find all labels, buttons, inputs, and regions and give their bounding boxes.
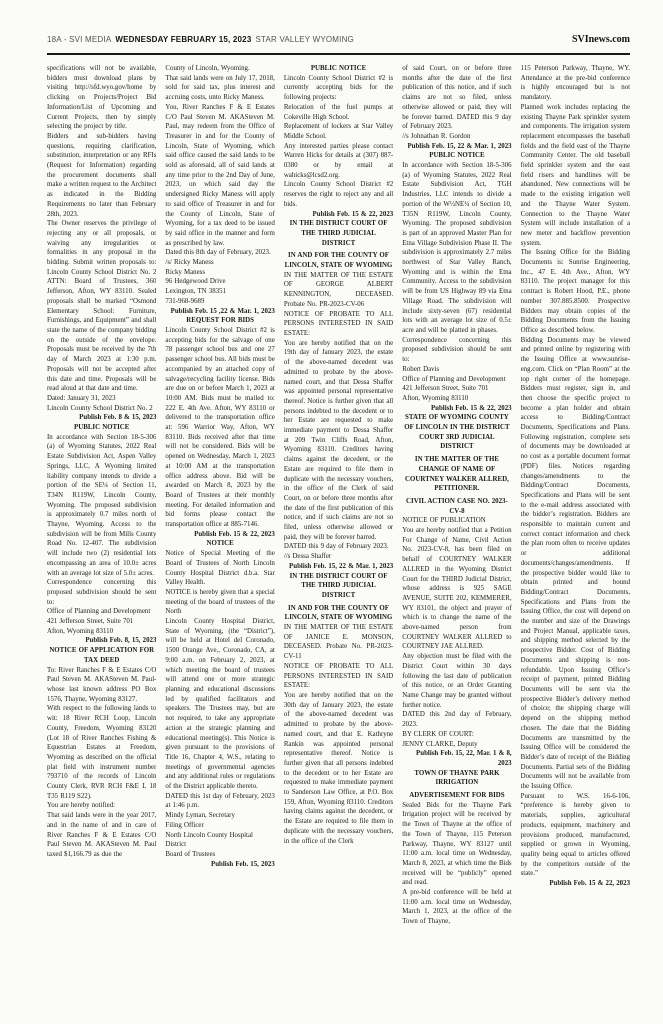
- notice-paragraph: Correspondence concerning this proposed …: [402, 336, 511, 365]
- issue-date-label: WEDNESDAY FEBRUARY 15, 2023: [115, 35, 251, 45]
- notice-paragraph: DATED this 1st day of February, 2023 at …: [165, 792, 274, 811]
- publish-line: Publish Feb. 15 ,22 & Mar. 1, 2023: [165, 307, 274, 317]
- notice-heading: STATE OF WYOMING COUNTY OF LINCOLN IN TH…: [402, 413, 511, 452]
- notice-paragraph: NOTICE is hereby given that a special me…: [165, 588, 274, 617]
- notice-heading: PUBLIC NOTICE: [402, 151, 511, 161]
- notice-paragraph: Planned work includes replacing the exis…: [521, 103, 630, 249]
- notice-text-line: //s Dessa Shaffer: [284, 552, 393, 562]
- notice-paragraph: Sealed Bids for the Thayne Park Irrigati…: [402, 801, 511, 888]
- page-number-label: 18A - SVI MEDIA: [47, 35, 111, 45]
- notice-text-line: Dated: January 31, 2023: [47, 394, 156, 404]
- page-header: 18A - SVI MEDIA WEDNESDAY FEBRUARY 15, 2…: [47, 35, 630, 45]
- notice-paragraph: In accordance with Section 18-5-306 (a) …: [402, 161, 511, 336]
- notice-paragraph: You are hereby notified that a Petition …: [402, 526, 511, 652]
- notice-paragraph: The Issuing Office for the Bidding Docum…: [521, 248, 630, 335]
- notice-text-line: Board of Trustees: [165, 850, 274, 860]
- notice-text-line: County of Lincoln, Wyoming.: [165, 64, 274, 74]
- publish-line: Publish Feb. 15 & 22, 2023: [402, 404, 511, 414]
- notice-paragraph: Lincoln County School District #2 reserv…: [284, 180, 393, 209]
- notice-text-line: Ricky Maness: [165, 268, 274, 278]
- notice-heading: IN AND FOR THE COUNTY OF LINCOLN, STATE …: [284, 604, 393, 623]
- notice-paragraph: Lincoln County Hospital District, State …: [165, 617, 274, 792]
- notice-paragraph: A pre-bid conference will be held at 11:…: [402, 888, 511, 927]
- notice-paragraph: Lincoln County School District #2 is acc…: [165, 326, 274, 530]
- notice-paragraph: With respect to the following lands to w…: [47, 704, 156, 801]
- notice-text-line: JENNY CLARKE, Deputy: [402, 740, 511, 750]
- notice-paragraph: Any objection must be filed with the Dis…: [402, 652, 511, 710]
- notice-text-line: BY CLERK OF COURT:: [402, 730, 511, 740]
- notice-paragraph: You are hereby notified that on the 19th…: [284, 339, 393, 543]
- notice-heading: IN THE MATTER OF THE CHANGE OF NAME OF C…: [402, 455, 511, 494]
- notice-paragraph: IN THE MATTER OF THE ESTATE OF JANICE E.…: [284, 623, 393, 662]
- publish-line: Publish Feb. 15 & 22, 2023: [284, 210, 393, 220]
- notice-paragraph: Notice of Special Meeting of the Board o…: [165, 549, 274, 588]
- notice-text-line: Mindy Lyman, Secretary: [165, 811, 274, 821]
- notices-column-4: of said Court, on or before three months…: [402, 64, 511, 1016]
- notice-text-line: 421 Jefferson Street, Suite 701: [402, 384, 511, 394]
- header-rule: [47, 53, 630, 55]
- public-notices-columns: specifications will not be available, bi…: [47, 64, 630, 1016]
- notices-column-3: PUBLIC NOTICELincoln County School Distr…: [284, 64, 393, 1016]
- notice-heading: NOTICE: [165, 539, 274, 549]
- notice-paragraph: To: River Ranches F & E Estates C/O Paul…: [47, 666, 156, 705]
- publish-line: Publish Feb. 15, 22 & Mar. 1, 2023: [284, 562, 393, 572]
- notice-paragraph: You are hereby notified that on the 30th…: [284, 691, 393, 846]
- notices-column-5: 115 Peterson Parkway, Thayne, WY. Attend…: [521, 64, 630, 1016]
- notice-text-line: 421 Jefferson Street, Suite 701: [47, 617, 156, 627]
- notice-text-line: Afton, Wyoming 83110: [402, 394, 511, 404]
- notice-paragraph: 115 Peterson Parkway, Thayne, WY. Attend…: [521, 64, 630, 103]
- notice-text-line: Filing Officer: [165, 821, 274, 831]
- notice-paragraph: Bidders and sub-bidders having questions…: [47, 132, 156, 219]
- notice-paragraph: NOTICE OF PROBATE TO ALL PERSONS INTERES…: [284, 310, 393, 339]
- notice-paragraph: In accordance with Section 18-5-306 (a) …: [47, 433, 156, 579]
- notice-text-line: You are hereby notified:: [47, 801, 156, 811]
- notice-heading: PUBLIC NOTICE: [47, 423, 156, 433]
- notice-text-line: 96 Hedgewood Drive: [165, 277, 274, 287]
- notice-text-line: Lincoln County School District No. 2: [47, 404, 156, 414]
- notice-heading: CIVIL ACTION CASE NO. 2023-CV-8: [402, 497, 511, 516]
- notice-paragraph: DATED this 9 day of February 2023.: [284, 542, 393, 552]
- publish-line: Publish Feb. 15 & 22, 2023: [165, 530, 274, 540]
- publish-line: Publish Feb. 15, 2023: [165, 860, 274, 870]
- notice-paragraph: The Owner reserves the privilege of reje…: [47, 219, 156, 394]
- notice-text-line: //s Johnathan R. Gordon: [402, 132, 511, 142]
- notice-text-line: Robert Davis: [402, 365, 511, 375]
- page-edition-info: 18A - SVI MEDIA WEDNESDAY FEBRUARY 15, 2…: [47, 35, 354, 45]
- notice-paragraph: NOTICE OF PUBLICATION: [402, 516, 511, 526]
- website-label: SVInews.com: [572, 35, 630, 45]
- region-label: STAR VALLEY WYOMING: [255, 35, 354, 45]
- newspaper-page: 18A - SVI MEDIA WEDNESDAY FEBRUARY 15, 2…: [0, 0, 663, 1024]
- publish-line: Publish Feb. 15, 22, Mar. 1 & 8, 2023: [402, 749, 511, 768]
- publish-line: Publish Feb. 8, 15, 2023: [47, 636, 156, 646]
- notice-paragraph: Pursuant to W.S. 16-6-106, “preference i…: [521, 792, 630, 879]
- notice-paragraph: You, River Ranches F & E Estates C/O Pau…: [165, 103, 274, 249]
- notice-text-line: Afton, Wyoming 83110: [47, 627, 156, 637]
- notice-paragraph: That said lands were in the year 2017, a…: [47, 811, 156, 860]
- notice-paragraph: of said Court, on or before three months…: [402, 64, 511, 132]
- notice-paragraph: Any interested parties please contact Wa…: [284, 142, 393, 181]
- notice-paragraph: Office of Planning and Development: [47, 607, 156, 617]
- notice-paragraph: Bidding Documents may be viewed and prin…: [521, 336, 630, 792]
- notice-paragraph: NOTICE OF PROBATE TO ALL PERSONS INTERES…: [284, 662, 393, 691]
- publish-line: Publish Feb. 15 & 22, 2023: [521, 879, 630, 889]
- notices-column-1: specifications will not be available, bi…: [47, 64, 156, 1016]
- notice-paragraph: That said lands were on July 17, 2018, s…: [165, 74, 274, 103]
- notice-paragraph: IN THE MATTER OF THE ESTATE OF GEORGE AL…: [284, 271, 393, 310]
- notice-paragraph: Office of Planning and Development: [402, 375, 511, 385]
- notice-paragraph: Lincoln County School District #2 is cur…: [284, 74, 393, 103]
- notice-paragraph: DATED this 2nd day of February, 2023.: [402, 710, 511, 729]
- notice-paragraph: Relocation of the fuel pumps at Cokevill…: [284, 103, 393, 122]
- notice-heading: TOWN OF THAYNE PARK IRRIGATION: [402, 769, 511, 788]
- notice-paragraph: Dated this 8th day of February, 2023.: [165, 248, 274, 258]
- notice-paragraph: specifications will not be available, bi…: [47, 64, 156, 132]
- notice-text-line: /s/ Ricky Maness: [165, 258, 274, 268]
- notice-heading: IN THE DISTRICT COURT OF THE THIRD JUDIC…: [284, 219, 393, 248]
- notice-heading: IN AND FOR THE COUNTY OF LINCOLN, STATE …: [284, 251, 393, 270]
- publish-line: Publish Feb. 8 & 15, 2023: [47, 413, 156, 423]
- notice-text-line: 731-968-9689: [165, 297, 274, 307]
- notice-heading: ADVERTISEMENT FOR BIDS: [402, 791, 511, 801]
- notice-text-line: North Lincoln County Hospital District: [165, 831, 274, 850]
- notice-heading: NOTICE OF APPLICATION FOR TAX DEED: [47, 646, 156, 665]
- publish-line: Publish Feb. 15, 22 & Mar. 1, 2023: [402, 142, 511, 152]
- notice-heading: REQUEST FOR BIDS: [165, 316, 274, 326]
- notice-paragraph: Correspondence concerning this proposed …: [47, 578, 156, 607]
- notice-heading: IN THE DISTRICT COURT OF THE THIRD JUDIC…: [284, 572, 393, 601]
- notice-heading: PUBLIC NOTICE: [284, 64, 393, 74]
- notice-paragraph: Replacement of lockers at Star Valley Mi…: [284, 122, 393, 141]
- notices-column-2: County of Lincoln, Wyoming.That said lan…: [165, 64, 274, 1016]
- notice-text-line: Lexington, TN 38351: [165, 287, 274, 297]
